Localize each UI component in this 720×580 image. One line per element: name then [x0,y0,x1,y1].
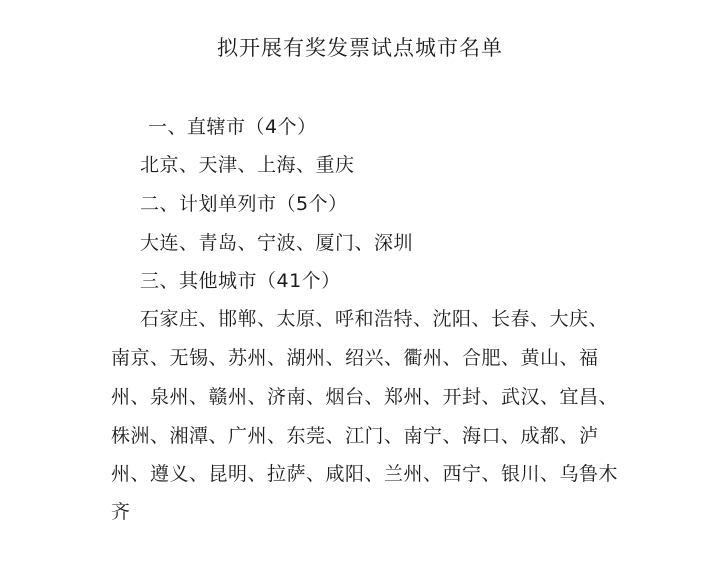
section-heading-other-cities: 三、其他城市（41个） [140,266,341,293]
other-cities-line-6: 齐 [111,497,131,524]
separately-planned-cities-list: 大连、青岛、宁波、厦门、深圳 [140,228,413,255]
other-cities-line-4: 株洲、湘潭、广州、东莞、江门、南宁、海口、成都、泸 [111,421,599,448]
other-cities-line-5: 州、遵义、昆明、拉萨、咸阳、兰州、西宁、银川、乌鲁木 [111,459,618,486]
section-heading-municipalities: 一、直辖市（4个） [148,112,317,139]
other-cities-line-2: 南京、无锡、苏州、湖州、绍兴、衢州、合肥、黄山、福 [111,343,599,370]
other-cities-line-1: 石家庄、邯郸、太原、呼和浩特、沈阳、长春、大庆、 [140,304,608,331]
municipalities-list: 北京、天津、上海、重庆 [140,150,355,177]
section-heading-separately-planned-cities: 二、计划单列市（5个） [140,189,348,216]
document-title: 拟开展有奖发票试点城市名单 [0,32,720,62]
other-cities-line-3: 州、泉州、赣州、济南、烟台、郑州、开封、武汉、宜昌、 [111,382,618,409]
